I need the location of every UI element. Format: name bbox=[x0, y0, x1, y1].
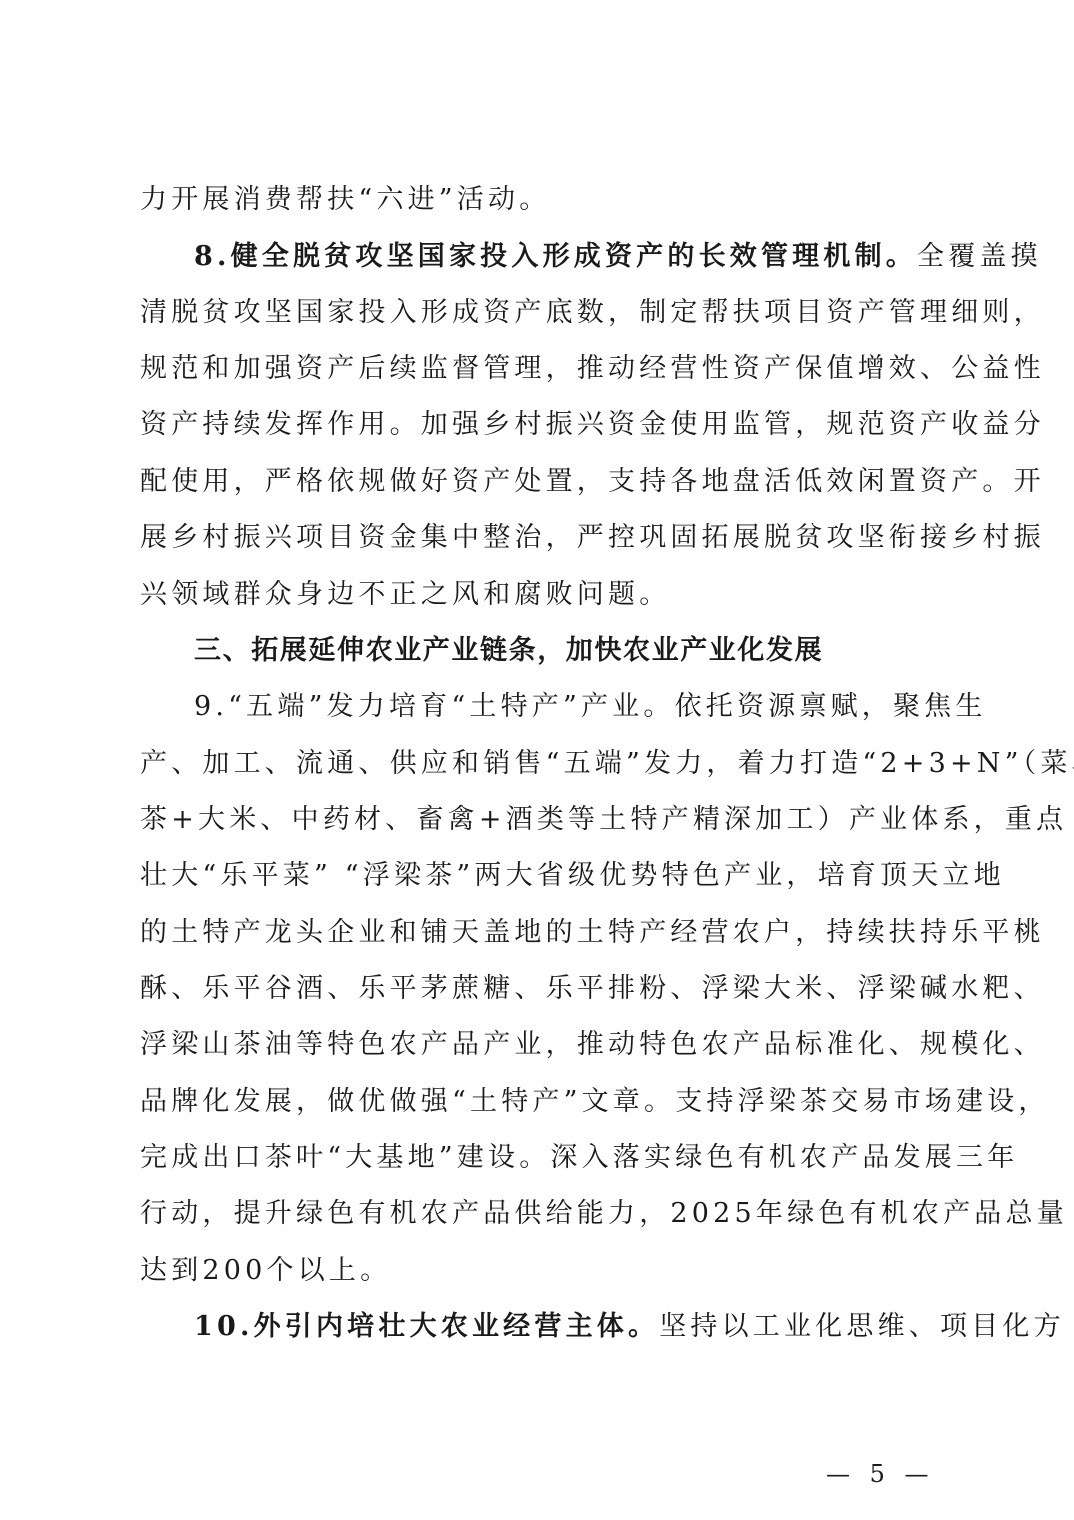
text-line: 浮梁山茶油等特色农产品产业，推动特色农产品标准化、规模化、 bbox=[140, 1025, 938, 1065]
text-span: 坚持以工业化思维、项目化方 bbox=[659, 1311, 1065, 1342]
text-line: 酥、乐平谷酒、乐平茅蔗糖、乐平排粉、浮梁大米、浮梁碱水粑、 bbox=[140, 969, 938, 1009]
paragraph-8-start: 8.健全脱贫攻坚国家投入形成资产的长效管理机制。全覆盖摸 bbox=[194, 237, 938, 277]
text-line: 力开展消费帮扶“六进”活动。 bbox=[140, 180, 938, 220]
paragraph-9-start: 9.“五端”发力培育“土特产”产业。依托资源禀赋，聚焦生 bbox=[194, 687, 938, 727]
text-line: 茶+大米、中药材、畜禽+酒类等土特产精深加工）产业体系，重点 bbox=[140, 800, 938, 840]
paragraph-lead: 10.外引内培壮大农业经营主体。 bbox=[194, 1311, 659, 1342]
text-line: 壮大“乐平菜” “浮梁茶”两大省级优势特色产业，培育顶天立地 bbox=[140, 856, 938, 896]
text-line: 资产持续发挥作用。加强乡村振兴资金使用监管，规范资产收益分 bbox=[140, 405, 938, 445]
text-line: 兴领域群众身边不正之风和腐败问题。 bbox=[140, 575, 938, 615]
text-line: 展乡村振兴项目资金集中整治，严控巩固拓展脱贫攻坚衔接乡村振 bbox=[140, 518, 938, 558]
text-line: 完成出口茶叶“大基地”建设。深入落实绿色有机农产品发展三年 bbox=[140, 1138, 938, 1178]
paragraph-10-start: 10.外引内培壮大农业经营主体。坚持以工业化思维、项目化方 bbox=[194, 1307, 938, 1347]
text-line: 配使用，严格依规做好资产处置，支持各地盘活低效闲置资产。开 bbox=[140, 462, 938, 502]
text-line: 产、加工、流通、供应和销售“五端”发力，着力打造“2+3+N”（菜、 bbox=[140, 744, 938, 784]
text-line: 行动，提升绿色有机农产品供给能力，2025年绿色有机农产品总量 bbox=[140, 1194, 938, 1234]
text-line: 品牌化发展，做优做强“土特产”文章。支持浮梁茶交易市场建设， bbox=[140, 1082, 938, 1122]
page-number: — 5 — bbox=[826, 1460, 935, 1488]
section-heading: 三、拓展延伸农业产业链条，加快农业产业化发展 bbox=[194, 631, 938, 671]
text-line: 规范和加强资产后续监督管理，推动经营性资产保值增效、公益性 bbox=[140, 349, 938, 389]
text-line: 达到200个以上。 bbox=[140, 1251, 938, 1291]
text-line: 的土特产龙头企业和铺天盖地的土特产经营农户，持续扶持乐平桃 bbox=[140, 913, 938, 953]
text-line: 清脱贫攻坚国家投入形成资产底数，制定帮扶项目资产管理细则， bbox=[140, 293, 938, 333]
paragraph-lead: 8.健全脱贫攻坚国家投入形成资产的长效管理机制。 bbox=[194, 241, 917, 272]
text-span: 全覆盖摸 bbox=[917, 241, 1042, 272]
